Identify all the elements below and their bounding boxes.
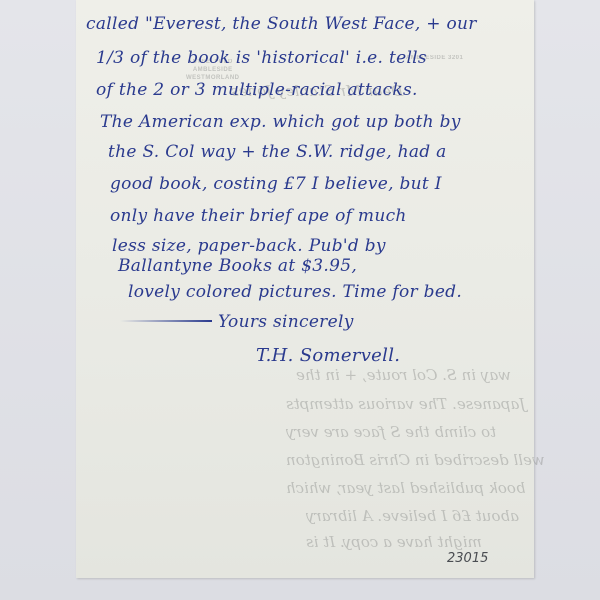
bleed-through-line: well described in Chris Bonington [286,451,545,469]
letter-line-6: good book, costing £7 I believe, but I [110,174,442,194]
letter-line-5: the S. Col way + the S.W. ridge, had a [108,142,447,162]
bleed-through-line: Japanese. The various attempts [286,395,525,413]
bleed-through-line: might have a copy. It is [306,533,482,551]
bleed-through-line: about £6 I believe. A library [306,507,519,525]
letter-line-8: less size, paper-back. Pub'd by [112,236,386,256]
bleed-through-line: to climb the S face are very [286,423,496,441]
letter-line-2: 1/3 of the book is 'historical' i.e. tel… [96,48,427,68]
letter-line-4: The American exp. which got up both by [100,112,461,132]
closing-dash [120,320,212,322]
signature: T.H. Somervell. [256,345,400,366]
bleed-through-line: book published last year, which [286,479,526,497]
letter-line-3: of the 2 or 3 multiple-racial attacks. [96,80,418,100]
bleed-through-line: way in S. Col route, + in the [296,366,511,384]
letter-line-9: Ballantyne Books at $3.95, [118,256,357,276]
catalog-number: 23015 [447,551,488,566]
letter-line-10: lovely colored pictures. Time for bed. [128,282,462,302]
letter-line-1: called "Everest, the South West Face, + … [86,14,477,34]
closing: Yours sincerely [218,312,354,332]
letter-line-7: only have their brief ape of much [110,206,407,226]
